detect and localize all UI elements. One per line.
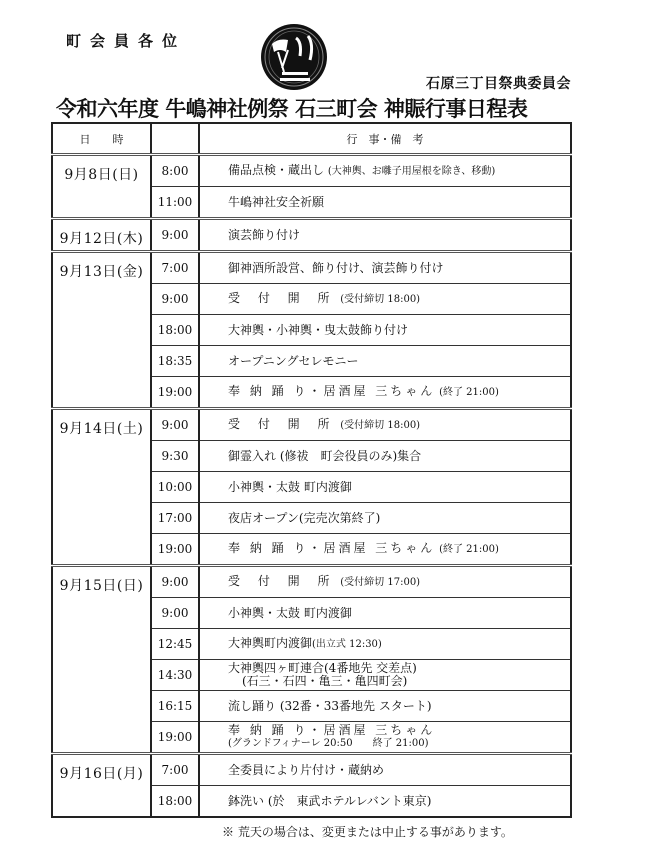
header-datetime: 日 時: [52, 123, 151, 155]
event-note: (出立式 12:30): [312, 639, 382, 650]
time-cell: 14:30: [151, 660, 199, 691]
event-cell: 全委員により片付け・蔵納め: [199, 754, 571, 786]
weather-footnote: ※ 荒天の場合は、変更または中止する事があります。: [222, 823, 513, 840]
date-cell: 9月14日(土): [52, 409, 151, 566]
time-cell: 16:15: [151, 691, 199, 722]
event-text: 受 付 開 所: [228, 417, 336, 431]
time-cell: 10:00: [151, 472, 199, 503]
event-cell: オープニングセレモニー: [199, 346, 571, 377]
date-cell: 9月16日(月): [52, 754, 151, 818]
date-cell: 9月8日(日): [52, 155, 151, 219]
event-text: 御神酒所設営、飾り付け、演芸飾り付け: [228, 261, 444, 275]
time-cell: 18:00: [151, 315, 199, 346]
event-text: 夜店オープン(完売次第終了): [228, 511, 380, 525]
event-text: 大神輿・小神輿・曳太鼓飾り付け: [228, 323, 408, 337]
event-cell: 受 付 開 所 (受付締切 17:00): [199, 566, 571, 598]
event-cell: 御霊入れ (修祓 町会役員のみ)集合: [199, 441, 571, 472]
event-cell: 夜店オープン(完売次第終了): [199, 503, 571, 534]
time-cell: 7:00: [151, 754, 199, 786]
event-text: 小神輿・太鼓 町内渡御: [228, 606, 352, 620]
time-cell: 19:00: [151, 534, 199, 566]
time-cell: 12:45: [151, 629, 199, 660]
table-row: 9月16日(月) 7:00 全委員により片付け・蔵納め: [52, 754, 571, 786]
date-cell: 9月12日(木): [52, 219, 151, 252]
event-cell: 流し踊り (32番・33番地先 スタート): [199, 691, 571, 722]
event-text: 流し踊り (32番・33番地先 スタート): [228, 699, 432, 713]
table-row: 9月14日(土) 9:00 受 付 開 所 (受付締切 18:00): [52, 409, 571, 441]
table-header-row: 日 時 行 事・備 考: [52, 123, 571, 155]
time-cell: 9:00: [151, 219, 199, 252]
time-cell: 9:30: [151, 441, 199, 472]
event-text: 御霊入れ (修祓 町会役員のみ)集合: [228, 449, 421, 463]
time-cell: 17:00: [151, 503, 199, 534]
event-cell: 牛嶋神社安全祈願: [199, 187, 571, 219]
event-cell: 演芸飾り付け: [199, 219, 571, 252]
event-note: (終了 21:00): [439, 544, 499, 555]
time-cell: 7:00: [151, 252, 199, 284]
event-text: 備品点検・蔵出し: [228, 163, 324, 177]
festival-lantern-emblem-icon: [258, 22, 330, 92]
header-event: 行 事・備 考: [199, 123, 571, 155]
addressee: 町会員各位: [66, 30, 186, 51]
table-row: 9月8日(日) 8:00 備品点検・蔵出し (大神輿、お囃子用屋根を除き、移動): [52, 155, 571, 187]
time-cell: 11:00: [151, 187, 199, 219]
time-cell: 8:00: [151, 155, 199, 187]
event-note: (受付締切 18:00): [340, 294, 420, 305]
event-note: (終了 21:00): [439, 387, 499, 398]
event-cell: 小神輿・太鼓 町内渡御: [199, 472, 571, 503]
event-text: 奉 納 踊 り・居酒屋 三ちゃん: [228, 724, 570, 737]
event-text: オープニングセレモニー: [228, 354, 359, 368]
date-cell: 9月15日(日): [52, 566, 151, 754]
event-text: 全委員により片付け・蔵納め: [228, 763, 384, 777]
time-cell: 9:00: [151, 284, 199, 315]
event-note: (大神輿、お囃子用屋根を除き、移動): [328, 166, 495, 177]
event-cell: 奉 納 踊 り・居酒屋 三ちゃん (終了 21:00): [199, 534, 571, 566]
event-cell: 鉢洗い (於 東武ホテルレバント東京): [199, 786, 571, 818]
time-cell: 19:00: [151, 377, 199, 409]
event-text: 受 付 開 所: [228, 291, 336, 305]
time-cell: 18:35: [151, 346, 199, 377]
event-text: 奉 納 踊 り・居酒屋 三ちゃん: [228, 384, 435, 398]
table-row: 9月12日(木) 9:00 演芸飾り付け: [52, 219, 571, 252]
event-cell: 大神輿・小神輿・曳太鼓飾り付け: [199, 315, 571, 346]
event-cell: 備品点検・蔵出し (大神輿、お囃子用屋根を除き、移動): [199, 155, 571, 187]
event-text: 奉 納 踊 り・居酒屋 三ちゃん: [228, 541, 435, 555]
time-cell: 9:00: [151, 598, 199, 629]
event-cell: 奉 納 踊 り・居酒屋 三ちゃん (終了 21:00): [199, 377, 571, 409]
event-text: 牛嶋神社安全祈願: [228, 195, 324, 209]
organization-name: 石原三丁目祭典委員会: [426, 73, 571, 93]
event-cell: 小神輿・太鼓 町内渡御: [199, 598, 571, 629]
time-cell: 9:00: [151, 409, 199, 441]
event-cell: 受 付 開 所 (受付締切 18:00): [199, 409, 571, 441]
event-note: (受付締切 17:00): [340, 577, 420, 588]
time-cell: 18:00: [151, 786, 199, 818]
header-time: [151, 123, 199, 155]
event-cell: 大神輿四ヶ町連合(4番地先 交差点)(石三・石四・亀三・亀四町会): [199, 660, 571, 691]
event-note: (石三・石四・亀三・亀四町会): [228, 675, 570, 688]
table-row: 9月15日(日) 9:00 受 付 開 所 (受付締切 17:00): [52, 566, 571, 598]
page-title: 令和六年度 牛嶋神社例祭 石三町会 神賑行事日程表: [56, 93, 576, 123]
event-note: (グランドフィナーレ 20:50 終了 21:00): [228, 737, 570, 750]
time-cell: 9:00: [151, 566, 199, 598]
table-row: 9月13日(金) 7:00 御神酒所設営、飾り付け、演芸飾り付け: [52, 252, 571, 284]
event-cell: 御神酒所設営、飾り付け、演芸飾り付け: [199, 252, 571, 284]
date-cell: 9月13日(金): [52, 252, 151, 409]
event-text: 小神輿・太鼓 町内渡御: [228, 480, 352, 494]
event-cell: 奉 納 踊 り・居酒屋 三ちゃん(グランドフィナーレ 20:50 終了 21:0…: [199, 722, 571, 754]
event-cell: 受 付 開 所 (受付締切 18:00): [199, 284, 571, 315]
event-text: 受 付 開 所: [228, 574, 336, 588]
event-text: 大神輿町内渡御: [228, 636, 312, 650]
event-text: 鉢洗い (於 東武ホテルレバント東京): [228, 794, 431, 808]
event-text: 演芸飾り付け: [228, 228, 300, 242]
event-cell: 大神輿町内渡御(出立式 12:30): [199, 629, 571, 660]
schedule-table: 日 時 行 事・備 考 9月8日(日) 8:00 備品点検・蔵出し (大神輿、お…: [51, 122, 572, 818]
event-note: (受付締切 18:00): [340, 420, 420, 431]
time-cell: 19:00: [151, 722, 199, 754]
